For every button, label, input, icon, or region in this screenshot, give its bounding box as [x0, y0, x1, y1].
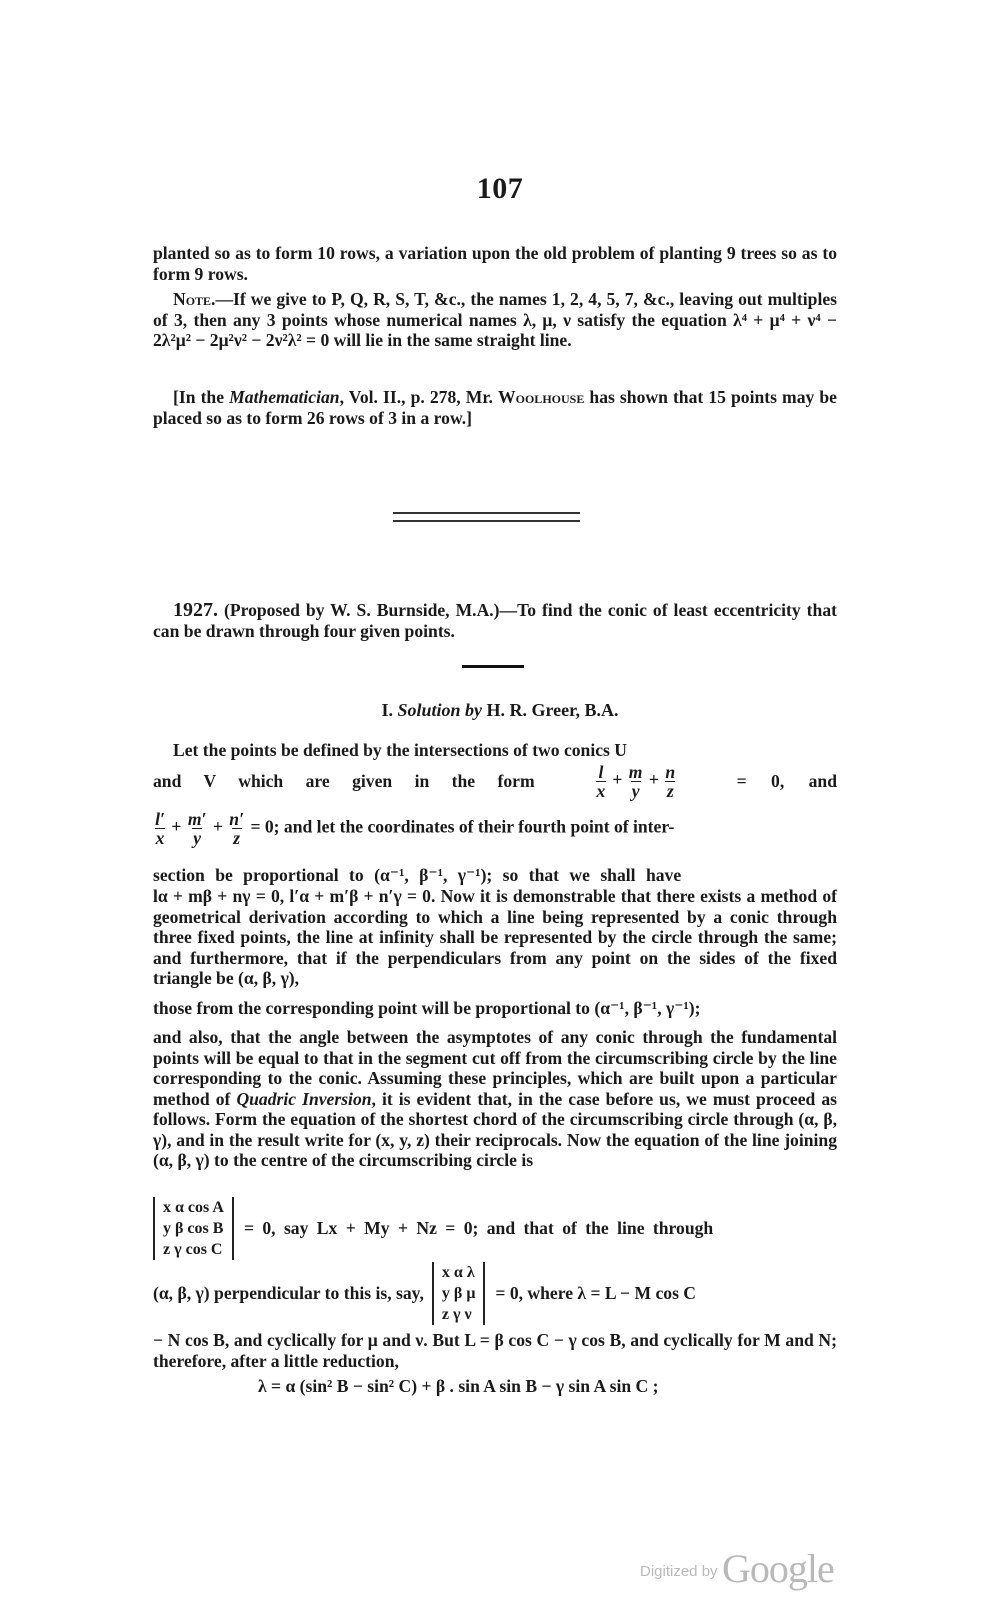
fraction-l-prime-x: l′x	[155, 812, 165, 845]
solution-body-2: those from the corresponding point will …	[153, 998, 837, 1019]
solution-body-1: lα + mβ + nγ = 0, l′α + m′β + n′γ = 0. N…	[153, 886, 837, 989]
solution-heading: I. Solution by H. R. Greer, B.A.	[0, 700, 1000, 721]
solution-line-4: section be proportional to (α⁻¹, β⁻¹, γ⁻…	[153, 865, 837, 886]
fraction-l-x: lx	[596, 765, 606, 798]
journal-title: Mathematician	[229, 387, 339, 407]
solution-line-2: and V which are given in the form lx + m…	[153, 765, 837, 798]
quadric-inversion-term: Quadric Inversion	[236, 1089, 371, 1109]
numerator: l′	[155, 812, 165, 826]
det-row: y β μ	[442, 1283, 476, 1304]
page-number: 107	[0, 172, 1000, 206]
det2-post: = 0, where λ = L − M cos C	[495, 1283, 696, 1304]
watermark-text: Digitized by	[640, 1563, 718, 1580]
numerator: n′	[229, 812, 244, 826]
denominator: y	[188, 831, 207, 845]
determinant-line-1: x α cos A y β cos B z γ cos C = 0, say L…	[153, 1197, 837, 1260]
note-paragraph: Note.—If we give to P, Q, R, S, T, &c., …	[153, 289, 837, 351]
editorial-paragraph: [In the Mathematician, Vol. II., p. 278,…	[153, 387, 837, 428]
denominator: z	[665, 784, 675, 798]
numerator: m	[629, 765, 643, 779]
book-page: 107 planted so as to form 10 rows, a var…	[0, 0, 1000, 1616]
det-row: y β cos B	[163, 1218, 224, 1239]
conic-u-equation: lx + my + nz	[594, 765, 677, 798]
fraction-n-z: nz	[665, 765, 675, 798]
det-row: z γ ν	[442, 1304, 476, 1325]
det-row: z γ cos C	[163, 1239, 224, 1260]
solution-body-4: − N cos B, and cyclically for μ and ν. B…	[153, 1330, 837, 1371]
numerator: l	[596, 765, 606, 779]
solution-numeral: I.	[381, 700, 393, 720]
editorial-middle: , Vol. II., p. 278, Mr.	[340, 387, 498, 407]
line3-text: = 0; and let the coordinates of their fo…	[250, 817, 674, 837]
solution-label: Solution by	[397, 700, 482, 720]
det2-pre: (α, β, γ) perpendicular to this is, say,	[153, 1283, 424, 1304]
fraction-m-prime-y: m′y	[188, 812, 207, 845]
numerator: n	[665, 765, 675, 779]
determinant-1: x α cos A y β cos B z γ cos C	[153, 1197, 234, 1260]
continuation-paragraph: planted so as to form 10 rows, a variati…	[153, 243, 837, 284]
solution-line-1: Let the points be defined by the interse…	[173, 740, 837, 761]
determinant-2: x α λ y β μ z γ ν	[432, 1262, 486, 1325]
problem-proposer: (Proposed by W. S. Burnside, M.A.)	[224, 600, 500, 620]
denominator: z	[229, 831, 244, 845]
problem-paragraph: 1927. (Proposed by W. S. Burnside, M.A.)…	[153, 600, 837, 641]
editorial-author: Woolhouse	[498, 387, 584, 407]
line2-post: = 0, and	[737, 771, 837, 792]
numerator: m′	[188, 812, 207, 826]
det-row: x α λ	[442, 1262, 476, 1283]
short-divider-rule	[462, 665, 524, 668]
final-equation: λ = α (sin² B − sin² C) + β . sin A sin …	[258, 1376, 942, 1397]
note-label: Note.	[173, 289, 215, 309]
fraction-m-y: my	[629, 765, 643, 798]
denominator: x	[596, 784, 606, 798]
editorial-prefix: [In the	[173, 387, 229, 407]
problem-number: 1927.	[173, 599, 218, 621]
digitized-by-google-watermark: Digitized by Google	[640, 1545, 834, 1592]
denominator: x	[155, 831, 165, 845]
solution-line-3: l′x + m′y + n′z = 0; and let the coordin…	[153, 812, 837, 845]
det1-post: = 0, say Lx + My + Nz = 0; and that of t…	[244, 1218, 713, 1239]
solution-author: H. R. Greer, B.A.	[487, 700, 619, 720]
denominator: y	[629, 784, 643, 798]
fraction-n-prime-z: n′z	[229, 812, 244, 845]
solution-body-3: and also, that the angle between the asy…	[153, 1027, 837, 1171]
det-row: x α cos A	[163, 1197, 224, 1218]
section-divider-double-rule	[393, 512, 580, 522]
google-logo: Google	[722, 1546, 834, 1591]
determinant-line-2: (α, β, γ) perpendicular to this is, say,…	[153, 1262, 837, 1325]
note-text: —If we give to P, Q, R, S, T, &c., the n…	[153, 289, 837, 350]
line2-text: and V which are given in the form	[153, 771, 535, 792]
